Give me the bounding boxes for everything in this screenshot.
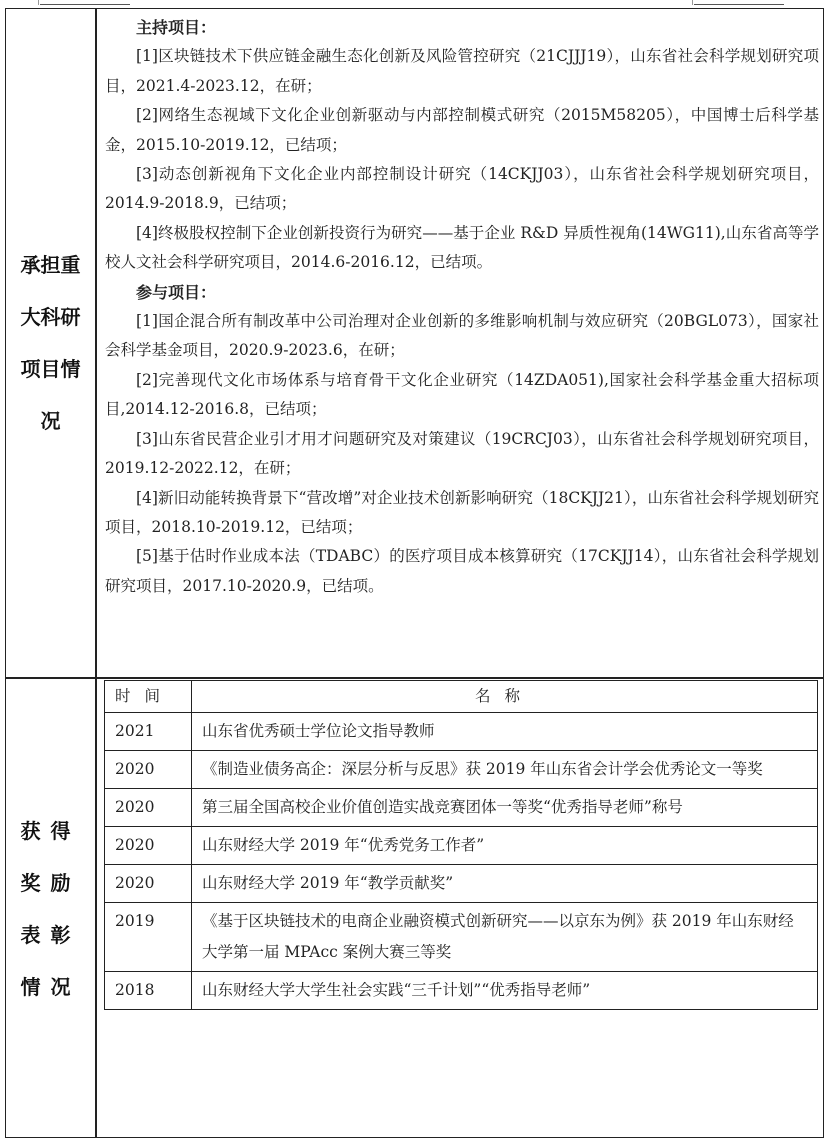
table-header-row: 时间 名称 [105,681,818,713]
label-line: 大科研 [21,291,81,343]
host-project-item: [2]网络生态视域下文化企业创新驱动与内部控制模式研究（2015M58205），… [105,101,819,160]
award-year: 2018 [105,972,192,1010]
award-name: 《制造业债务高企：深层分析与反思》获 2019 年山东省会计学会优秀论文一等奖 [192,751,818,789]
participate-projects-heading: 参与项目： [105,278,819,307]
award-name: 山东财经大学大学生社会实践“三千计划”“优秀指导老师” [192,972,818,1010]
page-edge-line [40,4,130,5]
page-edge-tick [692,0,693,5]
host-project-item: [4]终极股权控制下企业创新投资行为研究——基于企业 R&D 异质性视角(14W… [105,219,819,278]
participate-project-item: [4]新旧动能转换背景下“营改增”对企业技术创新影响研究（18CKJJ21），山… [105,484,819,543]
projects-section-label: 承担重 大科研 项目情 况 [6,9,95,677]
table-row: 2020 第三届全国高校企业价值创造实战竞赛团体一等奖“优秀指导老师”称号 [105,789,818,827]
label-line: 表彰 [21,909,81,961]
label-line: 况 [41,395,61,447]
participate-project-item: [3]山东省民营企业引才用才问题研究及对策建议（19CRCJ03），山东省社会科… [105,425,819,484]
awards-table: 时间 名称 2021 山东省优秀硕士学位论文指导教师 2020 《制造业债务高企… [104,680,818,1010]
projects-content: 主持项目： [1]区块链技术下供应链金融生态化创新及风险管控研究（21CJJJ1… [105,13,819,601]
label-line: 奖励 [21,857,81,909]
table-row: 2020 《制造业债务高企：深层分析与反思》获 2019 年山东省会计学会优秀论… [105,751,818,789]
award-year: 2021 [105,713,192,751]
page-edge-line [694,4,784,5]
award-name: 山东财经大学 2019 年“优秀党务工作者” [192,827,818,865]
label-line: 承担重 [21,239,81,291]
host-projects-heading: 主持项目： [105,13,819,42]
host-project-item: [3]动态创新视角下文化企业内部控制设计研究（14CKJJ03），山东省社会科学… [105,160,819,219]
award-year: 2020 [105,865,192,903]
table-row: 2019 《基于区块链技术的电商企业融资模式创新研究——以京东为例》获 2019… [105,903,818,972]
table-row: 2021 山东省优秀硕士学位论文指导教师 [105,713,818,751]
table-row: 2020 山东财经大学 2019 年“教学贡献奖” [105,865,818,903]
award-year: 2019 [105,903,192,972]
column-divider [95,9,97,1137]
award-year: 2020 [105,789,192,827]
label-line: 获得 [21,805,81,857]
participate-project-item: [1]国企混合所有制改革中公司治理对企业创新的多维影响机制与效应研究（20BGL… [105,307,819,366]
award-year: 2020 [105,751,192,789]
label-line: 项目情 [21,343,81,395]
participate-project-item: [2]完善现代文化市场体系与培育骨干文化企业研究（14ZDA051),国家社会科… [105,366,819,425]
header-name: 名称 [192,681,818,713]
award-name: 山东财经大学 2019 年“教学贡献奖” [192,865,818,903]
table-row: 2018 山东财经大学大学生社会实践“三千计划”“优秀指导老师” [105,972,818,1010]
page-edge-tick [38,0,39,5]
award-name: 第三届全国高校企业价值创造实战竞赛团体一等奖“优秀指导老师”称号 [192,789,818,827]
table-row: 2020 山东财经大学 2019 年“优秀党务工作者” [105,827,818,865]
awards-section-label: 获得 奖励 表彰 情况 [6,679,95,1139]
award-name: 《基于区块链技术的电商企业融资模式创新研究——以京东为例》获 2019 年山东财… [192,903,818,972]
award-year: 2020 [105,827,192,865]
award-name: 山东省优秀硕士学位论文指导教师 [192,713,818,751]
form-table: 承担重 大科研 项目情 况 获得 奖励 表彰 情况 主持项目： [1]区块链技术… [5,8,824,1138]
label-line: 情况 [21,961,81,1013]
host-project-item: [1]区块链技术下供应链金融生态化创新及风险管控研究（21CJJJ19），山东省… [105,42,819,101]
participate-project-item: [5]基于估时作业成本法（TDABC）的医疗项目成本核算研究（17CKJJ14）… [105,542,819,601]
header-year: 时间 [105,681,192,713]
row-divider [6,677,823,679]
